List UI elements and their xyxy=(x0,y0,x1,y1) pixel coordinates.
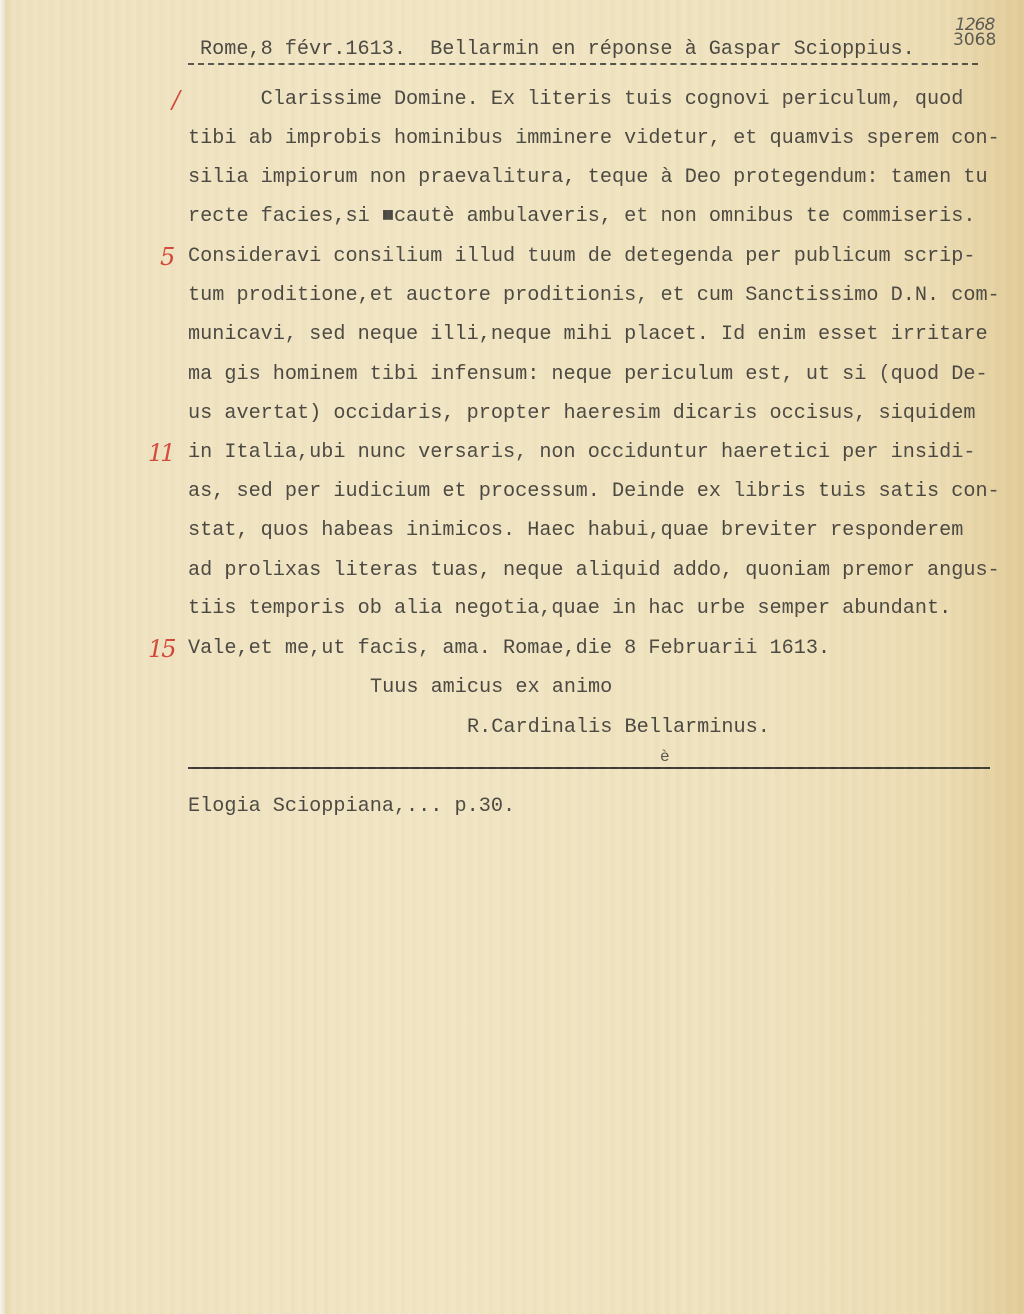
letter-line: ma gis hominem tibi infensum: neque peri… xyxy=(188,365,988,385)
line-marker-5: 5 xyxy=(160,245,175,269)
letter-line: ad prolixas literas tuas, neque aliquid … xyxy=(188,561,1000,581)
letter-line: silia impiorum non praevalitura, teque à… xyxy=(188,168,988,188)
letter-line: us avertat) occidaris, propter haeresim … xyxy=(188,404,975,424)
letter-line: Consideravi consilium illud tuum de dete… xyxy=(188,247,975,267)
letter-line: recte facies,si ■cautè ambulaveris, et n… xyxy=(188,207,975,227)
document-header: Rome,8 févr.1613. Bellarmin en réponse à… xyxy=(200,40,915,60)
letter-line: tibi ab improbis hominibus imminere vide… xyxy=(188,129,1000,149)
letter-line: tiis temporis ob alia negotia,quae in ha… xyxy=(188,599,951,619)
source-citation: Elogia Scioppiana,... p.30. xyxy=(188,797,515,817)
line-marker-10: 11 xyxy=(148,441,173,465)
letter-line: stat, quos habeas inimicos. Haec habui,q… xyxy=(188,521,963,541)
letter-line: as, sed per iudicium et processum. Deind… xyxy=(188,482,1000,502)
separator-rule xyxy=(188,767,990,769)
folio-number: 1268 3068 xyxy=(955,17,996,49)
rule-mark: è xyxy=(660,748,670,766)
folio-number-old: 3068 xyxy=(953,32,996,49)
line-marker-15: 15 xyxy=(148,637,175,661)
header-underline xyxy=(188,63,978,65)
letter-line: Vale,et me,ut facis, ama. Romae,die 8 Fe… xyxy=(188,639,830,659)
letter-signature: R.Cardinalis Bellarminus. xyxy=(467,718,770,738)
letter-line: municavi, sed neque illi,neque mihi plac… xyxy=(188,325,988,345)
letter-line: Clarissime Domine. Ex literis tuis cogno… xyxy=(188,90,963,110)
letter-line: in Italia,ubi nunc versaris, non occidun… xyxy=(188,443,975,463)
letter-line: tum proditione,et auctore proditionis, e… xyxy=(188,286,1000,306)
document-page: Rome,8 févr.1613. Bellarmin en réponse à… xyxy=(0,0,1024,1314)
letter-closing: Tuus amicus ex animo xyxy=(370,678,612,698)
line-marker-1: / xyxy=(172,88,180,112)
